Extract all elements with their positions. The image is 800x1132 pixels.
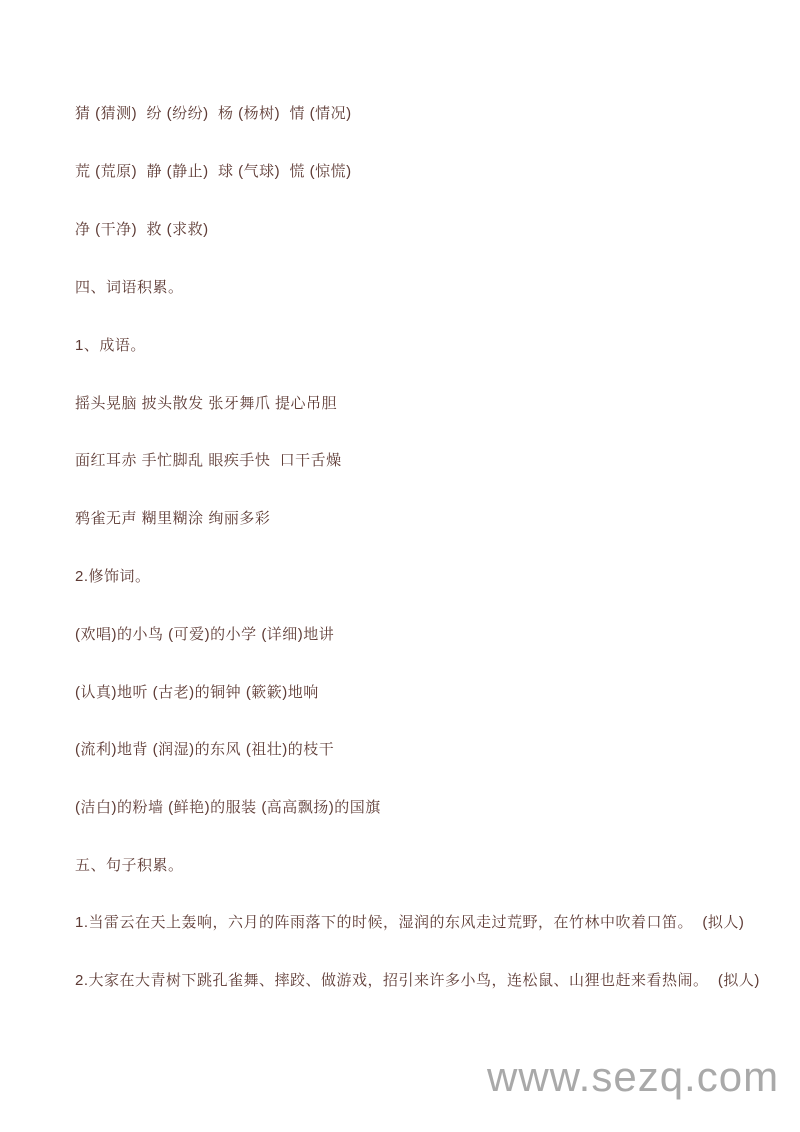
- text-line: (流利)地背 (润湿)的东风 (祖壮)的枝干: [75, 741, 334, 759]
- section-heading: 五、句子积累。: [75, 857, 184, 875]
- section-heading: 四、词语积累。: [75, 279, 184, 297]
- text-line: 鸦雀无声 糊里糊涂 绚丽多彩: [75, 510, 270, 528]
- watermark: www.sezq.com: [487, 1053, 779, 1101]
- text-line: 2.大家在大青树下跳孔雀舞、摔跤、做游戏，招引来许多小鸟，连松鼠、山狸也赶来看热…: [75, 972, 760, 990]
- sub-heading: 1、成语。: [75, 337, 146, 355]
- text-line: 荒 (荒原) 静 (静止) 球 (气球) 慌 (惊慌): [75, 163, 352, 181]
- text-line: 面红耳赤 手忙脚乱 眼疾手快 口干舌燥: [75, 452, 342, 470]
- sub-heading: 2.修饰词。: [75, 568, 151, 586]
- document-page: 猜 (猜测) 纷 (纷纷) 杨 (杨树) 情 (情况) 荒 (荒原) 静 (静止…: [0, 0, 800, 1132]
- text-line: (认真)地听 (古老)的铜钟 (簌簌)地响: [75, 684, 319, 702]
- text-line: (欢唱)的小鸟 (可爱)的小学 (详细)地讲: [75, 626, 334, 644]
- text-line: 猜 (猜测) 纷 (纷纷) 杨 (杨树) 情 (情况): [75, 105, 352, 123]
- text-line: 摇头晃脑 披头散发 张牙舞爪 提心吊胆: [75, 395, 337, 413]
- text-line: (洁白)的粉墙 (鲜艳)的服装 (高高飘扬)的国旗: [75, 799, 381, 817]
- text-line: 1.当雷云在天上轰响，六月的阵雨落下的时候，湿润的东风走过荒野，在竹林中吹着口笛…: [75, 914, 744, 932]
- text-line: 净 (干净) 救 (求救): [75, 221, 209, 239]
